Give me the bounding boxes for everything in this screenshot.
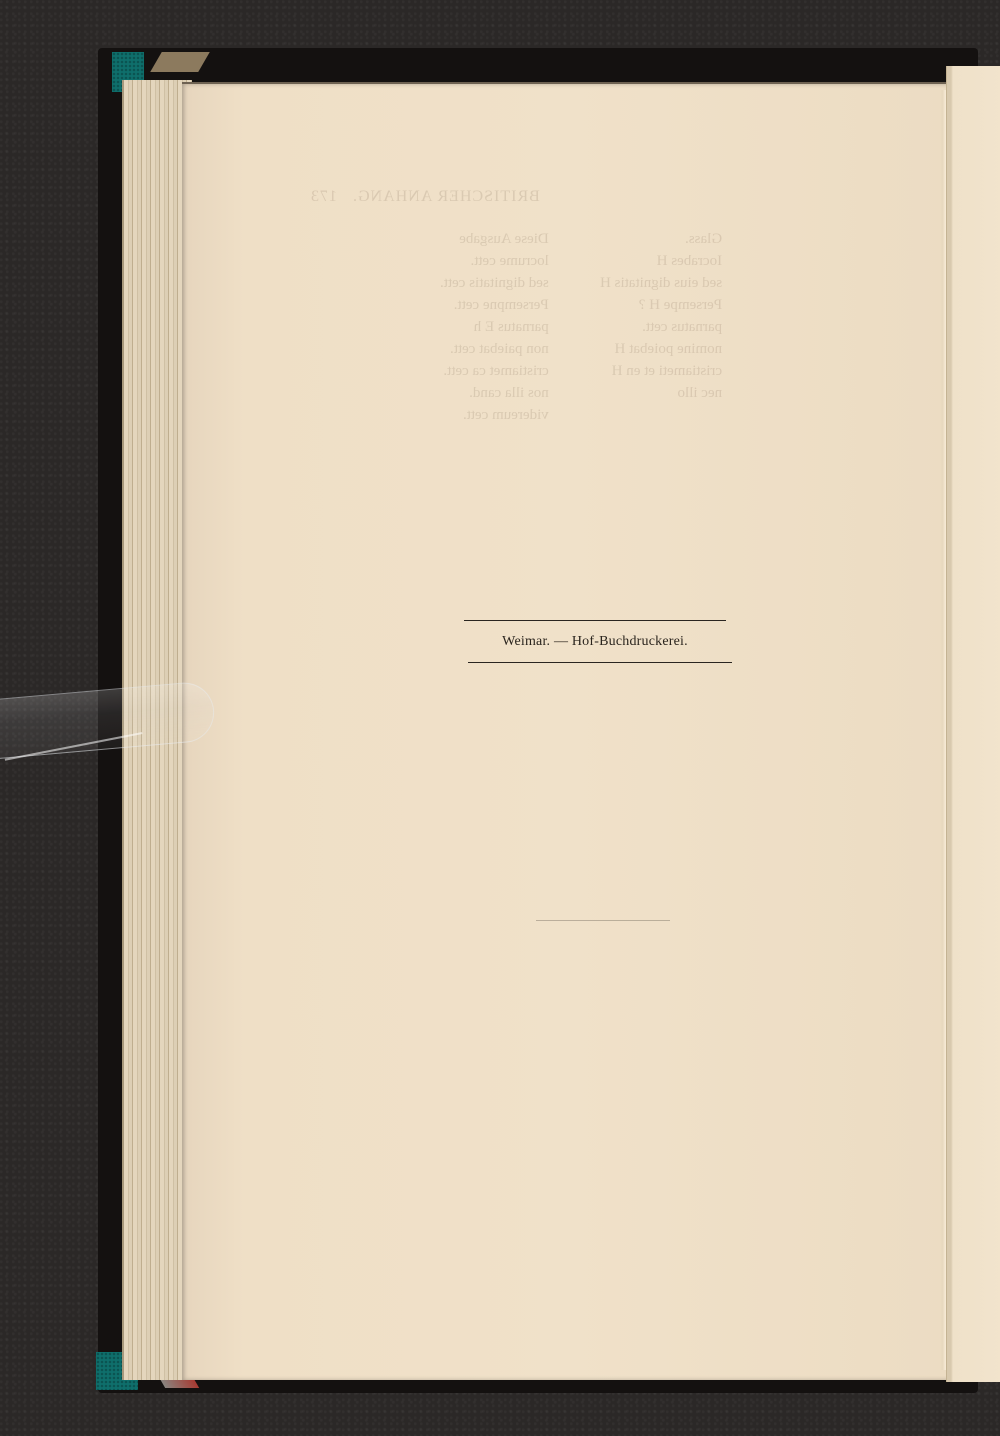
- facing-page-edge: [946, 66, 1000, 1382]
- colophon-text: Weimar. — Hof-Buchdruckerei.: [462, 621, 728, 662]
- colophon-rule-bottom: [468, 662, 732, 663]
- showthrough-header: BRITISCHER ANHANG. 173: [310, 186, 540, 208]
- showthrough-left-column: Diese Ausgabe locrume cett. sed dignitat…: [440, 228, 549, 426]
- book-page: [182, 82, 954, 1380]
- showthrough-right-column: Glass. Iocrabes H sed eius dignitatis H …: [600, 228, 722, 404]
- faint-rule: [536, 920, 670, 921]
- printer-colophon: Weimar. — Hof-Buchdruckerei.: [462, 620, 728, 663]
